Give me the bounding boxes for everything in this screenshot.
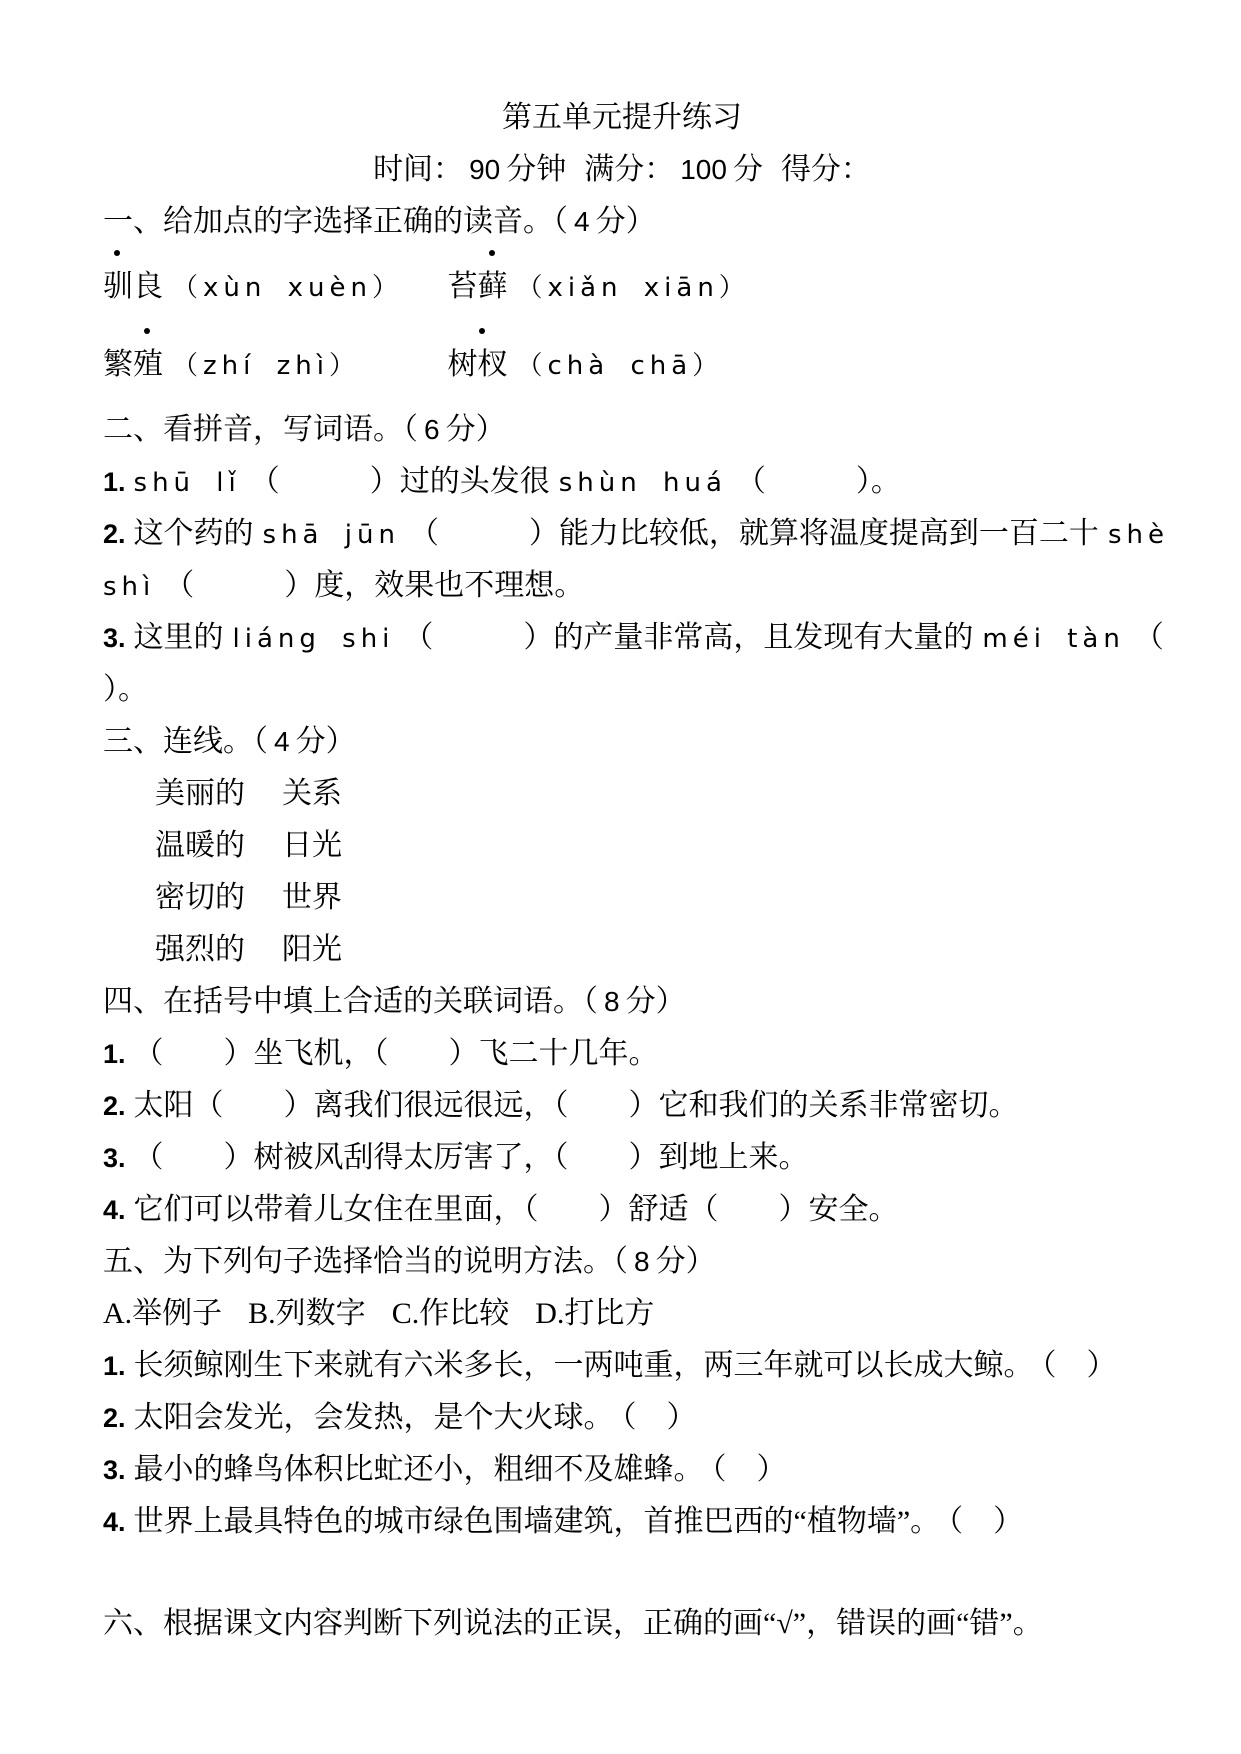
fill-in-blank: （ ）	[689, 1193, 809, 1226]
section4-heading: 四、在括号中填上合适的关联词语。（8分）	[103, 976, 1141, 1028]
word-post: 良	[133, 270, 163, 303]
vocab-word: 苔藓	[448, 270, 508, 303]
item-number: 4.	[103, 1195, 126, 1225]
section3-points: 4	[274, 726, 290, 757]
word-pre: 繁	[103, 348, 133, 381]
score-label: 得分：	[781, 153, 871, 186]
item-number: 2.	[103, 1091, 126, 1121]
fill-in-blank: （ ）	[524, 1193, 629, 1226]
matching-pair: 温暖的日光	[103, 820, 1141, 872]
match-right: 阳光	[282, 933, 342, 966]
question-line: shì（ ）度，效果也不理想。	[103, 560, 1141, 612]
question-line: 4.它们可以带着儿女住在里面，（ ）舒适（ ）安全。	[103, 1184, 1141, 1236]
question-line: 2.太阳会发光，会发热，是个大火球。（ ）	[103, 1392, 1141, 1444]
vocab-word: 繁殖	[103, 348, 163, 381]
question-line: ）。	[103, 664, 1141, 716]
section1-heading-text: 一、给加点的字选择正确的读音。（	[103, 205, 568, 238]
vocab-entry: 驯良（xùn xuèn）	[103, 262, 440, 313]
vocab-entry: 繁殖（zhí zhì）	[103, 340, 440, 391]
question-text: 这个药的	[134, 517, 254, 550]
answer-blank: （ ）	[712, 1453, 787, 1486]
emphasized-char: 驯	[103, 262, 133, 312]
section2-heading-text: 二、看拼音，写词语。（	[103, 413, 418, 446]
time-label: 时间：	[373, 153, 463, 186]
section2-heading: 二、看拼音，写词语。（6分）	[103, 404, 1141, 456]
match-left: 美丽的	[155, 768, 282, 820]
question-line: 3.这里的liáng shi（ ）的产量非常高，且发现有大量的méi tàn（	[103, 612, 1141, 664]
question-line: 1.长须鲸刚生下来就有六米多长，一两吨重，两三年就可以长成大鲸。（ ）	[103, 1340, 1141, 1392]
fill-in-blank: （ ）	[403, 621, 553, 654]
question-text: 世界上最具特色的城市绿色围墙建筑，首推巴西的“植物墙”。	[134, 1505, 941, 1538]
question-text: 太阳会发光，会发热，是个大火球。	[134, 1401, 614, 1434]
pinyin-options: （xiǎn xiān）	[517, 273, 750, 303]
fill-in-blank: （ ）	[134, 1037, 254, 1070]
question-text: 能力比较低，就算将温度提高到一百二十	[559, 517, 1099, 550]
full-score-unit: 分	[733, 153, 763, 186]
question-text: 度，效果也不理想。	[314, 569, 584, 602]
section4-heading-text: 四、在括号中填上合适的关联词语。（	[103, 985, 598, 1018]
question-text: 坐飞机，	[254, 1037, 374, 1070]
pinyin-options: （chà chā）	[517, 351, 724, 381]
section1-heading: 一、给加点的字选择正确的读音。（4分）	[103, 196, 1141, 248]
section5-heading-tail: 分）	[656, 1245, 716, 1278]
fill-in-blank: （ ）	[134, 1141, 254, 1174]
section4-heading-tail: 分）	[626, 985, 686, 1018]
pinyin-prompt: shùn huá	[559, 468, 727, 498]
item-number: 3.	[103, 1143, 126, 1173]
pinyin-choice-row: 驯良（xùn xuèn） 苔藓（xiǎn xiān）	[103, 248, 1141, 326]
emphasized-char: 殖	[133, 340, 163, 390]
full-score-value: 100	[680, 154, 727, 185]
pinyin-prompt: shū lǐ	[134, 468, 241, 498]
section5-points: 8	[634, 1246, 650, 1277]
item-number: 2.	[103, 519, 126, 549]
document-page: 第五单元提升练习 时间：90分钟满分：100分得分： 一、给加点的字选择正确的读…	[0, 0, 1241, 1754]
match-right: 世界	[282, 881, 342, 914]
section3-heading-tail: 分）	[296, 725, 356, 758]
word-pre: 树	[448, 348, 478, 381]
close-paren-period: ）。	[103, 673, 148, 706]
question-text: 舒适	[629, 1193, 689, 1226]
fill-in-blank: （ ）	[194, 1089, 314, 1122]
answer-blank: （ ）	[948, 1505, 1023, 1538]
fill-in-blank: （ ）	[554, 1089, 659, 1122]
question-text: 的产量非常高，且发现有大量的	[553, 621, 973, 654]
section5-heading: 五、为下列句子选择恰当的说明方法。（8分）	[103, 1236, 1141, 1288]
item-number: 1.	[103, 1351, 126, 1381]
section2-heading-tail: 分）	[446, 413, 506, 446]
item-number: 1.	[103, 1039, 126, 1069]
section3-heading-text: 三、连线。（	[103, 725, 268, 758]
match-right: 日光	[282, 829, 342, 862]
emphasized-char: 杈	[478, 340, 508, 390]
question-text: 到地上来。	[659, 1141, 809, 1174]
pinyin-options: （xùn xuèn）	[172, 273, 403, 303]
question-line: 2.太阳（ ）离我们很远很远，（ ）它和我们的关系非常密切。	[103, 1080, 1141, 1132]
fill-in-blank: （ ）	[409, 517, 559, 550]
vocab-word: 树杈	[448, 348, 508, 381]
item-number: 3.	[103, 623, 126, 653]
question-text: 过的头发很	[400, 465, 550, 498]
question-line: 2.这个药的shā jūn（ ）能力比较低，就算将温度提高到一百二十shè	[103, 508, 1141, 560]
item-number: 1.	[103, 467, 126, 497]
section6-heading: 六、根据课文内容判断下列说法的正误，正确的画“√”，错误的画“错”。	[103, 1598, 1141, 1650]
question-text: 树被风刮得太厉害了，	[254, 1141, 554, 1174]
time-unit: 分钟	[506, 153, 566, 186]
option-d: D.打比方	[535, 1297, 654, 1330]
section1-points: 4	[574, 206, 590, 237]
pinyin-prompt: méi tàn	[982, 624, 1124, 654]
section1-heading-tail: 分）	[596, 205, 656, 238]
question-line: 1.（ ）坐飞机，（ ）飞二十几年。	[103, 1028, 1141, 1080]
question-line: 3.（ ）树被风刮得太厉害了，（ ）到地上来。	[103, 1132, 1141, 1184]
question-line: 3.最小的蜂鸟体积比虻还小，粗细不及雄蜂。（ ）	[103, 1444, 1141, 1496]
pinyin-prompt: liáng shi	[233, 624, 395, 654]
pinyin-options: （zhí zhì）	[172, 351, 360, 381]
question-line: 4.世界上最具特色的城市绿色围墙建筑，首推巴西的“植物墙”。（ ）	[103, 1496, 1141, 1548]
emphasized-char: 藓	[478, 262, 508, 312]
fill-in-blank: （ ）	[374, 1037, 479, 1070]
option-b: B.列数字	[248, 1297, 366, 1330]
matching-pair: 密切的世界	[103, 872, 1141, 924]
question-text: 飞二十几年。	[479, 1037, 659, 1070]
method-options: A.举例子B.列数字C.作比较D.打比方	[103, 1288, 1141, 1340]
pinyin-prompt: shā jūn	[263, 520, 400, 550]
question-line: 1.shū lǐ（ ）过的头发很shùn huá（ ）。	[103, 456, 1141, 508]
question-text: 。	[871, 465, 901, 498]
paper-meta: 时间：90分钟满分：100分得分：	[103, 144, 1141, 196]
question-text: 长须鲸刚生下来就有六米多长，一两吨重，两三年就可以长成大鲸。	[134, 1349, 1034, 1382]
vocab-entry: 苔藓（xiǎn xiān）	[448, 270, 759, 303]
question-text: 它和我们的关系非常密切。	[659, 1089, 1019, 1122]
matching-pair: 强烈的阳光	[103, 924, 1141, 976]
match-right: 关系	[282, 777, 342, 810]
vocab-entry: 树杈（chà chā）	[448, 348, 733, 381]
fill-in-blank: （ ）	[554, 1141, 659, 1174]
item-number: 4.	[103, 1507, 126, 1537]
word-pre: 苔	[448, 270, 478, 303]
option-c: C.作比较	[392, 1297, 510, 1330]
question-text: 它们可以带着儿女住在里面，	[134, 1193, 524, 1226]
pinyin-prompt: shì	[103, 572, 155, 602]
section3-heading: 三、连线。（4分）	[103, 716, 1141, 768]
section6-heading-text: 六、根据课文内容判断下列说法的正误，正确的画“√”，错误的画“错”。	[103, 1607, 1043, 1640]
match-left: 温暖的	[155, 820, 282, 872]
match-left: 强烈的	[155, 924, 282, 976]
fill-in-blank: （ ）	[736, 465, 871, 498]
open-paren: （	[1134, 621, 1164, 654]
answer-blank: （ ）	[1042, 1349, 1117, 1382]
answer-blank: （ ）	[622, 1401, 697, 1434]
matching-pair: 美丽的关系	[103, 768, 1141, 820]
section5-heading-text: 五、为下列句子选择恰当的说明方法。（	[103, 1245, 628, 1278]
fill-in-blank: （ ）	[250, 465, 400, 498]
time-value: 90	[469, 154, 500, 185]
match-left: 密切的	[155, 872, 282, 924]
question-text: 安全。	[809, 1193, 899, 1226]
question-text: 最小的蜂鸟体积比虻还小，粗细不及雄蜂。	[134, 1453, 704, 1486]
item-number: 3.	[103, 1455, 126, 1485]
pinyin-choice-row: 繁殖（zhí zhì） 树杈（chà chā）	[103, 326, 1141, 404]
question-text: 这里的	[134, 621, 224, 654]
question-text: 太阳	[134, 1089, 194, 1122]
vocab-word: 驯良	[103, 270, 163, 303]
full-score-label: 满分：	[584, 153, 674, 186]
option-a: A.举例子	[103, 1297, 222, 1330]
section4-points: 8	[604, 986, 620, 1017]
page-title: 第五单元提升练习	[103, 92, 1141, 144]
item-number: 2.	[103, 1403, 126, 1433]
section2-points: 6	[424, 414, 440, 445]
question-text: 离我们很远很远，	[314, 1089, 554, 1122]
pinyin-prompt: shè	[1108, 520, 1169, 550]
fill-in-blank: （ ）	[164, 569, 314, 602]
